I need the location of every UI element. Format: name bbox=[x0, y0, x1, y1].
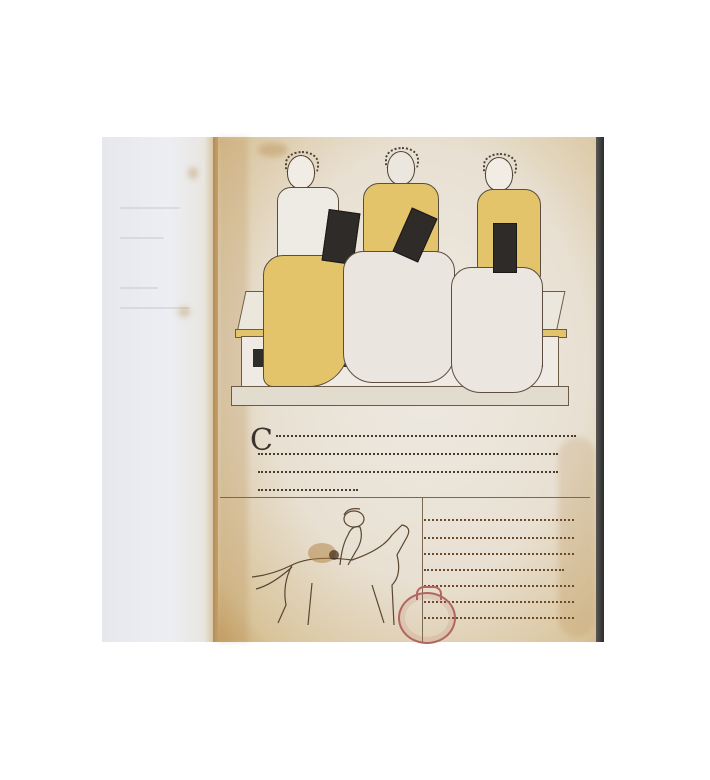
binding-edge bbox=[596, 137, 604, 642]
note-line bbox=[424, 551, 574, 555]
white-mantle bbox=[451, 267, 543, 393]
left-page-blank bbox=[102, 137, 213, 642]
manuscript-photo: C bbox=[102, 137, 604, 642]
stain bbox=[178, 307, 190, 317]
three-figures-illustration bbox=[227, 145, 577, 415]
note-line bbox=[424, 583, 574, 587]
show-through-line bbox=[120, 237, 164, 239]
ochre-mantle bbox=[263, 255, 349, 387]
note-line bbox=[424, 517, 574, 521]
bearded-head bbox=[387, 151, 415, 185]
horizontal-divider bbox=[220, 497, 590, 498]
note-line bbox=[424, 535, 574, 539]
library-stamp bbox=[398, 592, 456, 644]
show-through-line bbox=[120, 287, 158, 289]
head bbox=[287, 155, 315, 189]
show-through-line bbox=[120, 207, 180, 209]
handwritten-text-block: C bbox=[250, 423, 580, 493]
handwriting-line bbox=[258, 451, 558, 455]
white-mantle bbox=[343, 251, 455, 383]
handwriting-line bbox=[276, 433, 576, 437]
head bbox=[485, 157, 513, 191]
crown-icon bbox=[416, 586, 442, 600]
note-line bbox=[424, 567, 564, 571]
book bbox=[493, 223, 517, 273]
handwriting-line bbox=[258, 487, 358, 491]
handwriting-line bbox=[258, 469, 558, 473]
stain bbox=[188, 167, 198, 179]
